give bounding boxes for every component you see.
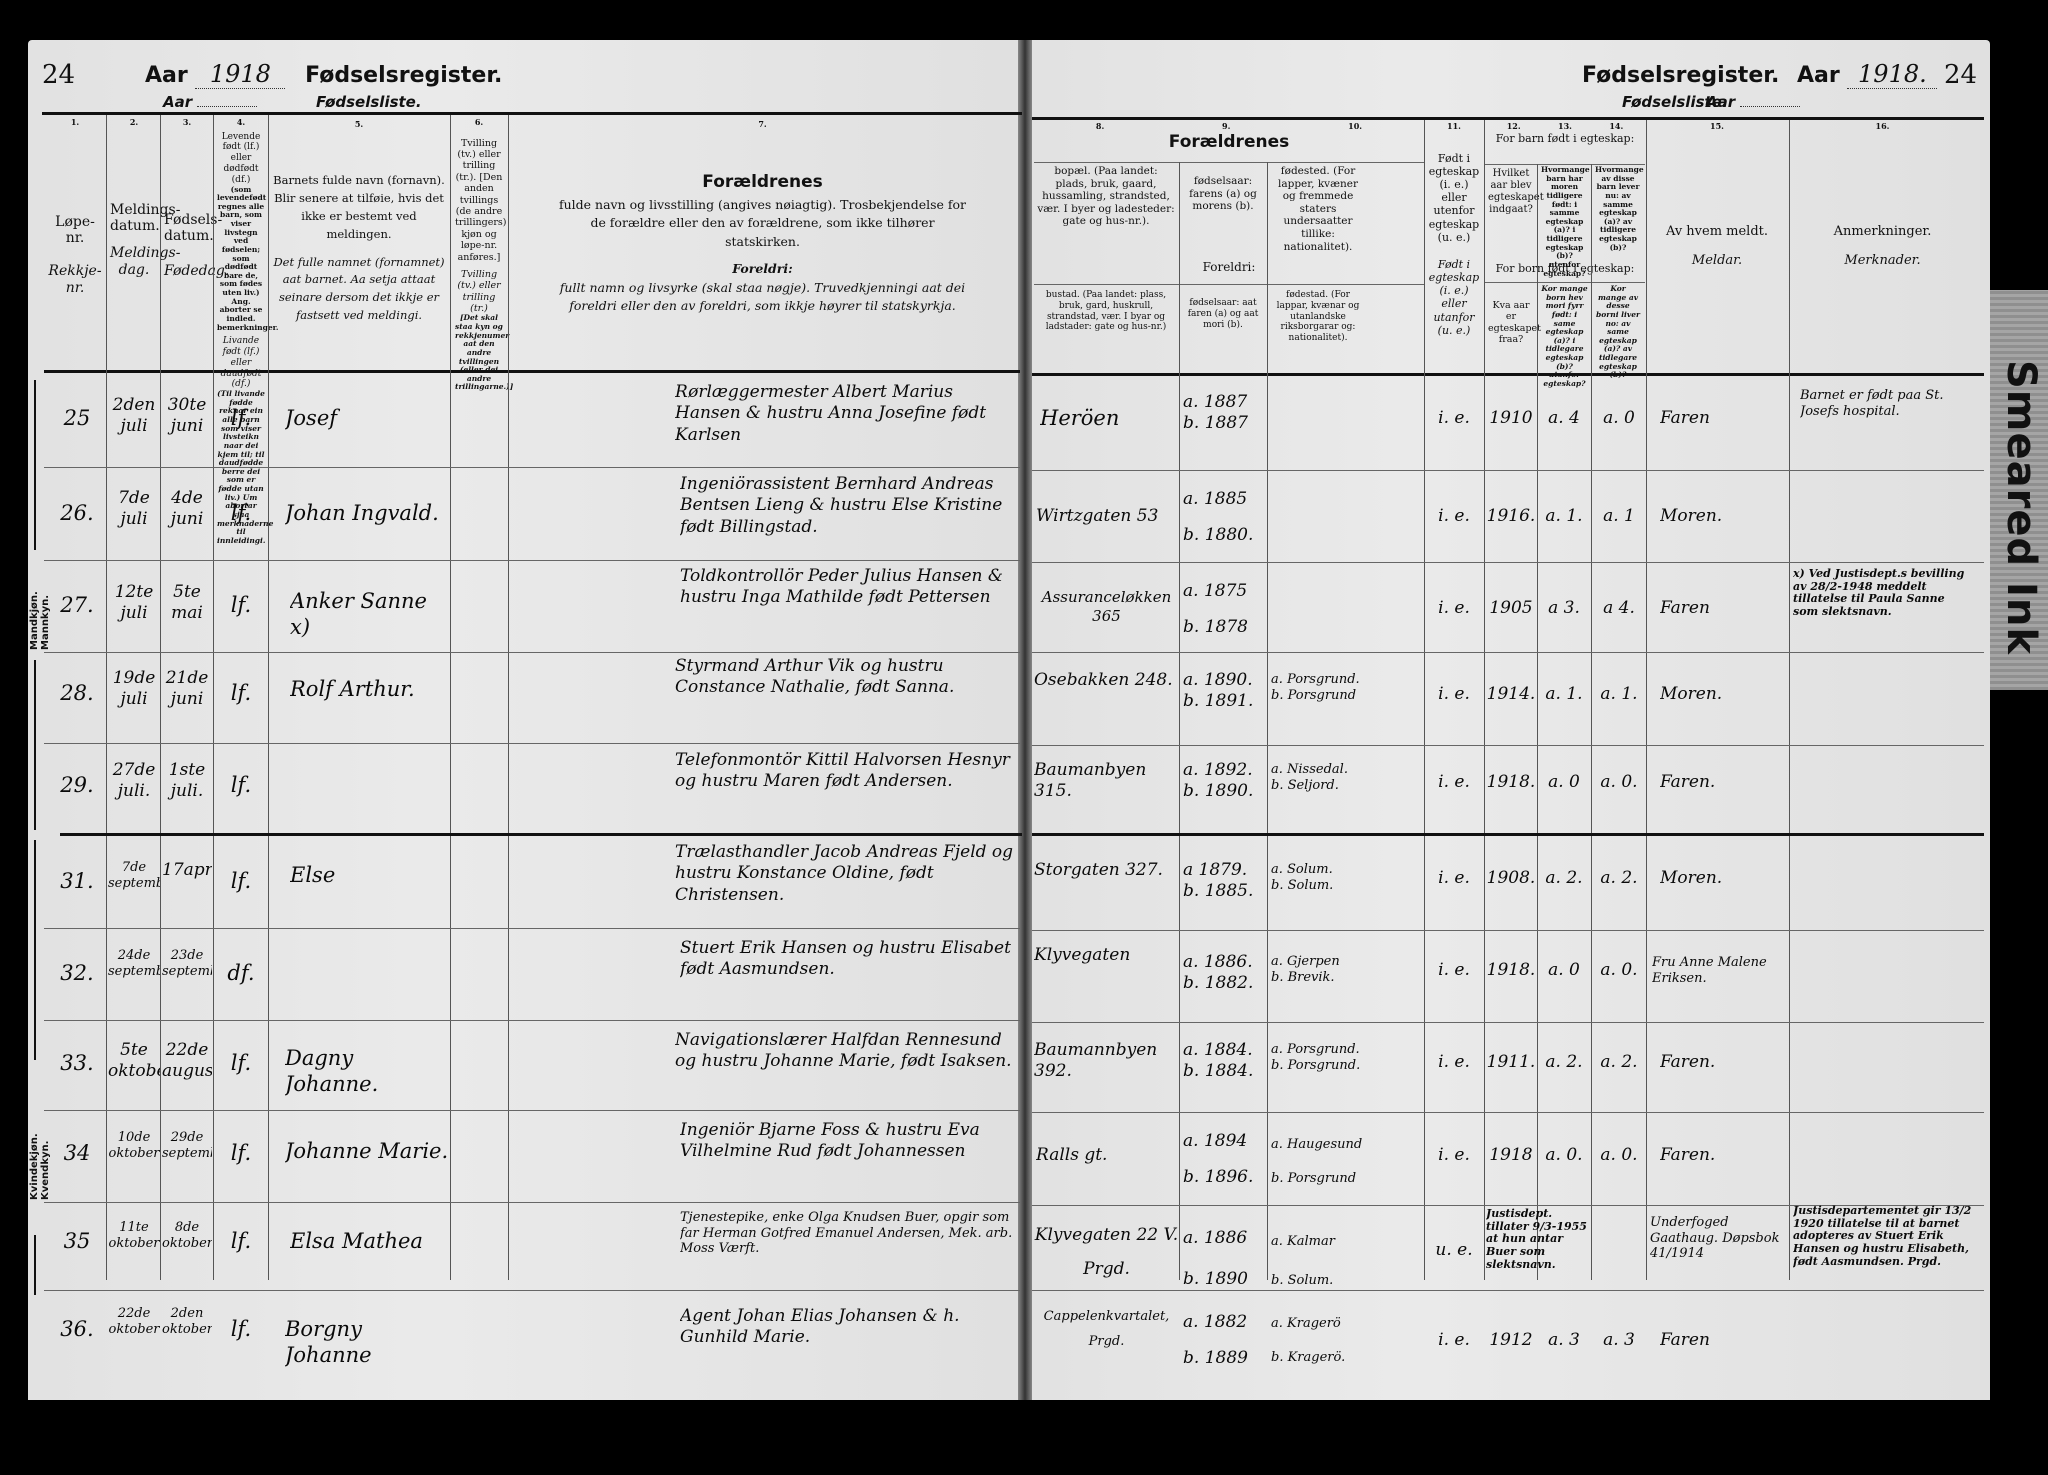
entry-32-meldt: Fru Anne Malene Eriksen. [1652,955,1788,986]
entry-31-aar-egteskap: 1908. [1486,868,1536,889]
col-rule [160,115,161,1280]
entry-29-fodested: a. Nissedal. b. Seljord. [1271,762,1421,793]
left-title-text: Fødselsregister. [305,63,502,88]
entry-29-nr: 29. [50,772,104,798]
entry-32-parents: Stuert Erik Hansen og hustru Elisabet fø… [680,938,1015,981]
entry-27-lever: a 4. [1593,598,1645,619]
entry-25-bopael: Heröen [1040,405,1178,431]
col-header-fodt-i-egteskap: 11. Født i egteskap (i. e.) eller utenfo… [1425,122,1483,370]
entry-31-nr: 31. [50,868,104,894]
col-header-fodselsaar: fødselsaar: farens (a) og morens (b). [1180,175,1266,260]
entry-31-name: Else [290,862,450,888]
row-rule [1032,1112,1984,1113]
entry-32-lever: a. 0. [1593,960,1645,981]
entry-36-lf: lf. [215,1316,267,1342]
entry-28-fodsel: 21de juni [162,668,212,711]
entry-29-tidligere: a. 0 [1539,772,1589,793]
entry-34-fodsel: 29de september [162,1130,212,1161]
entry-34-name: Johanne Marie. [285,1138,450,1164]
col-header-levende-fodt: 4. Levende født (lf.) eller dødfødt (df.… [214,118,268,368]
entry-29-lever: a. 0. [1593,772,1645,793]
left-title: Aar 1918 Fødselsregister. [145,60,502,89]
entry-26-egteskap: i. e. [1426,506,1482,527]
entry-26-melding: 7de juli [108,488,160,531]
entry-25-name: Josef [285,405,445,431]
entry-31-meldt: Moren. [1660,868,1786,889]
entry-36-fodested: a. Kragerö b. Kragerö. [1271,1307,1421,1375]
entry-31-lf: lf. [215,868,267,894]
entry-26-parents: Ingeniörassistent Bernhard Andreas Bents… [680,474,1015,538]
right-subtitle-aar: Aar [1706,93,1800,111]
col-header-fodselsdatum: 3. Fødsels-datum. Fødedag. [161,118,213,368]
col-rule [268,115,269,1280]
entry-36-melding: 22de oktober [108,1306,160,1337]
rule [1034,162,1424,163]
left-subtitle: Fødselsliste. [316,93,422,111]
entry-36-parents: Agent Johan Elias Johansen & h. Gunhild … [680,1306,1015,1349]
entry-27-bopael: Assuranceløkken 365 [1034,588,1179,626]
left-subtitle-aar: Aar [163,93,257,111]
col-header-meldt: 15. Av hvem meldt. Meldar. [1647,122,1787,370]
col-rule [106,115,107,1280]
entry-35-aar-egteskap: Justisdept. tillater 9/3-1955 at hun ant… [1486,1208,1594,1271]
col-header-aar-egteskap: Hvilket aar blev egteskapet indgaat? [1485,168,1537,258]
entry-34-parents: Ingeniör Bjarne Foss & hustru Eva Vilhel… [680,1120,1015,1163]
entry-31-aar: a 1879. b. 1885. [1183,860,1265,903]
entry-31-fodested: a. Solum. b. Solum. [1271,862,1421,893]
entry-26-name: Johan Ingvald. [285,500,445,526]
entry-25-melding: 2den juli [108,395,160,438]
entry-26-nr: 26. [50,500,104,526]
entry-35-meldt: Underfoged Gaathaug. Døpsbok 41/1914 [1650,1215,1786,1262]
entry-33-aar: a. 1884. b. 1884. [1183,1040,1265,1083]
col-header-lever-nu: Hvormange av disse barn lever nu: av sam… [1592,166,1644,258]
entry-28-lever: a. 1. [1593,684,1645,705]
entry-25-meldt: Faren [1660,408,1786,429]
entry-33-name: Dagny Johanne. [285,1045,450,1098]
entry-26-meldt: Moren. [1660,506,1786,527]
col-header-lope-nr: 1. Løpe-nr. Rekkje-nr. [44,118,106,368]
left-title-aar: Aar [145,63,188,88]
entry-26-lever: a. 1 [1593,506,1645,527]
entry-34-lf: lf. [215,1140,267,1166]
entry-35-nr: 35 [50,1228,104,1254]
entry-32-aar-egteskap: 1918. [1486,960,1536,981]
col-header-kor-mange-fodt: Kor mange born hev mori fyrr født: i sam… [1538,285,1591,369]
entry-27-egteskap: i. e. [1426,598,1482,619]
entry-32-lf: df. [215,960,267,986]
col-rule [213,115,214,1280]
entry-34-fodested: a. Haugesund b. Porsgrund [1271,1128,1421,1196]
entry-26-bopael: Wirtzgaten 53 [1036,506,1178,527]
col-rule [1424,120,1425,1280]
entry-35-bopael: Klyvegaten 22 V. Prgd. [1034,1218,1179,1286]
entry-28-aar: a. 1890. b. 1891. [1183,670,1265,713]
entry-27-tidligere: a 3. [1539,598,1589,619]
entry-26-fodsel: 4de juni [162,488,212,531]
col-header-fodselsaar-nn: fødselsaar: aat faren (a) og aat mori (b… [1180,298,1266,368]
col-rule [1789,120,1790,1280]
entry-36-fodsel: 2den oktober [162,1306,212,1337]
entry-27-aar-egteskap: 1905 [1486,598,1536,619]
entry-28-bopael: Osebakken 248. [1034,670,1179,691]
entry-31-melding: 7de september. [108,860,160,891]
col-header-kva-aar: Kva aar er egteskapet fraa? [1485,300,1537,368]
entry-36-aar-egteskap: 1912 [1486,1330,1536,1351]
col-group-barn-fodt-i-egteskap: 12.13.14. For barn født i egteskap: [1485,122,1645,162]
entry-34-aar-egteskap: 1918 [1486,1145,1536,1166]
entry-32-bopael: Klyvegaten [1034,945,1179,966]
rule [1485,164,1645,165]
smear-label: Smeared Ink [2004,360,2044,660]
entry-36-name: Borgny Johanne [285,1316,450,1369]
entry-34-melding: 10de oktober [108,1130,160,1161]
entry-29-bopael: Baumanbyen 315. [1034,760,1179,803]
entry-35-fodested: a. Kalmar b. Solum. [1271,1222,1421,1300]
entry-26-aar: a. 1885 b. 1880. [1183,482,1265,553]
entry-36-lever: a. 3 [1593,1330,1645,1351]
entry-34-lever: a. 0. [1593,1145,1645,1166]
entry-28-lf: lf. [215,680,267,706]
entry-25-tidligere: a. 4 [1539,408,1589,429]
entry-28-melding: 19de juli [108,668,160,711]
col-rule [508,115,509,1280]
entry-35-fodsel: 8de oktober [162,1220,212,1251]
entry-35-anm: Justisdepartementet gir 13/2 1920 tillat… [1793,1205,1973,1268]
entry-25-lf: lf. [215,405,267,431]
col-header-tvilling: 6. Tvilling (tv.) eller trilling (tr.). … [452,118,506,368]
entry-34-nr: 34 [50,1140,104,1166]
section-separator-right [1032,833,1984,836]
entry-33-aar-egteskap: 1911. [1486,1052,1536,1073]
entry-29-lf: lf. [215,772,267,798]
col-header-bustad: bustad. (Paa landet: plass, bruk, gard, … [1034,290,1178,370]
entry-32-egteskap: i. e. [1426,960,1482,981]
entry-36-meldt: Faren [1660,1330,1786,1351]
entry-28-name: Rolf Arthur. [290,676,450,702]
entry-25-anm: Barnet er født paa St. Josefs hospital. [1800,388,1970,419]
entry-32-nr: 32. [50,960,104,986]
entry-27-fodsel: 5te mai [162,582,212,625]
entry-32-tidligere: a. 0 [1539,960,1589,981]
col-header-anmerkninger: 16. Anmerkninger. Merknader. [1790,122,1975,370]
right-title: Fødselsregister. Aar 1918. [1582,60,1937,89]
row-rule [44,652,1020,653]
section-bracket [34,1235,36,1295]
entry-33-lever: a. 2. [1593,1052,1645,1073]
entry-25-aar: a. 1887 b. 1887 [1183,392,1265,435]
entry-35-melding: 11te oktober [108,1220,160,1251]
left-header-top-rule [42,112,1022,115]
row-rule [44,743,1020,744]
rule [1034,284,1424,285]
entry-28-egteskap: i. e. [1426,684,1482,705]
entry-26-aar-egteskap: 1916. [1486,506,1536,527]
entry-34-tidligere: a. 0. [1539,1145,1589,1166]
right-header-bottom-rule [1032,373,1984,376]
entry-29-aar: a. 1892. b. 1890. [1183,760,1265,803]
entry-34-bopael: Ralls gt. [1036,1145,1178,1166]
entry-32-aar: a. 1886. b. 1882. [1183,952,1265,995]
row-rule [44,928,1020,929]
col-rule [450,115,451,1280]
row-rule [44,1202,1020,1203]
col-header-barnets-navn: 5. Barnets fulde navn (fornavn). Blir se… [270,118,448,368]
entry-29-melding: 27de juli. [108,760,160,803]
entry-33-tidligere: a. 2. [1539,1052,1589,1073]
entry-31-tidligere: a. 2. [1539,868,1589,889]
entry-31-egteskap: i. e. [1426,868,1482,889]
right-header-top-rule [1032,117,1984,120]
row-rule [1032,930,1984,931]
entry-34-meldt: Faren. [1660,1145,1786,1166]
entry-35-parents: Tjenestepike, enke Olga Knudsen Buer, op… [680,1210,1015,1257]
col-group-foreldri: Foreldri: [1034,260,1424,280]
entry-28-fodested: a. Porsgrund. b. Porsgrund [1271,672,1421,703]
entry-35-lf: lf. [215,1228,267,1254]
section-bracket [34,380,36,550]
entry-29-aar-egteskap: 1918. [1486,772,1536,793]
row-rule [1032,1290,1984,1291]
col-header-fodestad: fødestad. (For lappar, kvænar og utanlan… [1268,290,1368,370]
entry-36-egteskap: i. e. [1426,1330,1482,1351]
entry-27-lf: lf. [215,592,267,618]
entry-33-parents: Navigationslærer Halfdan Rennesund og hu… [675,1030,1015,1073]
entry-25-lever: a. 0 [1593,408,1645,429]
row-rule [44,467,1020,468]
row-rule [44,1020,1020,1021]
entry-29-egteskap: i. e. [1426,772,1482,793]
entry-32-melding: 24de september. [108,948,160,979]
entry-29-parents: Telefonmontör Kittil Halvorsen Hesnyr og… [675,750,1015,793]
col-header-fodested: fødested. (For lapper, kvæner og fremmed… [1268,165,1368,260]
col-group-foraeldrenes: 8.9.10. Forældrenes [1034,122,1424,162]
entry-31-lever: a. 2. [1593,868,1645,889]
entry-27-melding: 12te juli [108,582,160,625]
entry-25-egteskap: i. e. [1426,408,1482,429]
row-rule [44,1110,1020,1111]
entry-35-name: Elsa Mathea [290,1228,450,1254]
section-label-female: Kvindekjøn. Kvendkyn. [29,1090,51,1200]
entry-32-fodested: a. Gjerpen b. Brevik. [1271,954,1421,985]
row-rule [44,1290,1020,1291]
entry-32-fodsel: 23de september [162,948,212,979]
entry-27-anm: x) Ved Justisdept.s bevilling av 28/2-19… [1793,568,1973,619]
entry-31-fodsel: 17april [162,860,212,881]
row-rule [1032,470,1984,471]
col-header-tidligere-fodt: Hvormange barn har moren tidligere født:… [1538,166,1591,258]
row-rule [1032,1022,1984,1023]
col-rule [1484,120,1485,1280]
entry-26-tidligere: a. 1. [1539,506,1589,527]
rule [1485,282,1645,283]
entry-29-meldt: Faren. [1660,772,1786,793]
right-title-text: Fødselsregister. [1582,63,1779,88]
entry-31-bopael: Storgaten 327. [1034,860,1179,881]
entry-36-tidligere: a. 3 [1539,1330,1589,1351]
entry-34-egteskap: i. e. [1426,1145,1482,1166]
section-bracket [34,840,36,1060]
col-group-born-fodt-i-egteskap: For born født i egteskap: [1485,262,1645,282]
right-title-aar: Aar [1797,63,1840,88]
entry-27-nr: 27. [50,592,104,618]
entry-25-aar-egteskap: 1910 [1486,408,1536,429]
entry-33-fodested: a. Porsgrund. b. Porsgrund. [1271,1042,1421,1073]
entry-33-lf: lf. [215,1050,267,1076]
entry-28-nr: 28. [50,680,104,706]
left-year: 1918 [195,60,285,89]
entry-33-egteskap: i. e. [1426,1052,1482,1073]
entry-28-tidligere: a. 1. [1539,684,1589,705]
section-bracket [34,660,36,830]
col-header-meldingsdatum: 2. Meldings-datum. Meldings-dag. [107,118,161,368]
entry-35-egteskap: u. e. [1426,1240,1482,1261]
entry-28-aar-egteskap: 1914. [1486,684,1536,705]
entry-28-parents: Styrmand Arthur Vik og hustru Constance … [675,656,1015,699]
row-rule [44,560,1020,561]
entry-27-aar: a. 1875 b. 1878 [1183,574,1265,645]
col-header-kor-mange-liver: Kor mange av desse borni liver no: av sa… [1592,285,1644,369]
section-separator-left [60,833,1022,836]
left-header-bottom-rule [44,370,1020,373]
entry-25-nr: 25 [50,405,104,431]
left-page-number: 24 [42,60,75,90]
entry-26-lf: lf. [215,500,267,526]
entry-33-bopael: Baumannbyen 392. [1034,1040,1179,1083]
row-rule [1032,562,1984,563]
entry-31-parents: Trælasthandler Jacob Andreas Fjeld og hu… [675,842,1015,906]
entry-33-meldt: Faren. [1660,1052,1786,1073]
row-rule [1032,745,1984,746]
right-year: 1918. [1847,60,1937,89]
entry-36-nr: 36. [50,1316,104,1342]
section-label-male: Mandkjøn. Mannkyn. [29,560,51,650]
entry-35-aar: a. 1886 b. 1890 [1183,1218,1265,1300]
col-header-foraeldrenes-navn: 7. Forældrenes fulde navn og livsstillin… [510,118,1015,368]
entry-25-parents: Rørlæggermester Albert Marius Hansen & h… [675,382,1015,446]
entry-27-parents: Toldkontrollör Peder Julius Hansen & hus… [680,566,1015,609]
right-page-number: 24 [1944,60,1977,90]
entry-36-bopael: Cappelenkvartalet, Prgd. [1034,1305,1179,1354]
entry-34-aar: a. 1894 b. 1896. [1183,1124,1265,1195]
entry-33-fodsel: 22de august. [162,1040,212,1083]
entry-28-meldt: Moren. [1660,684,1786,705]
book-gutter [1018,40,1032,1400]
entry-36-aar: a. 1882 b. 1889 [1183,1305,1265,1376]
entry-27-name: Anker Sanne x) [290,588,450,641]
row-rule [1032,652,1984,653]
entry-25-fodsel: 30te juni [162,395,212,438]
entry-33-melding: 5te oktober [108,1040,160,1083]
entry-29-fodsel: 1ste juli. [162,760,212,803]
entry-27-meldt: Faren [1660,598,1786,619]
col-rule [1646,120,1647,1280]
entry-33-nr: 33. [50,1050,104,1076]
col-header-bopael: bopæl. (Paa landet: plads, bruk, gaard, … [1034,165,1178,260]
